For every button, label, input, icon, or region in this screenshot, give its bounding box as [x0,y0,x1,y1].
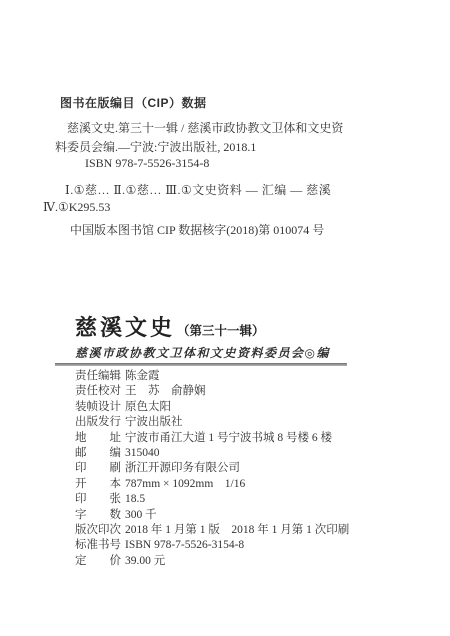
cip-entry-line2: 料委员会编.—宁波:宁波出版社, 2018.1 [55,138,395,157]
colophon-value: 宁波出版社 [125,415,183,430]
colophon-row: 责任编辑陈金霞 [75,369,349,384]
colophon-value: 陈金霞 [125,369,160,384]
colophon-label: 邮编 [75,446,121,461]
colophon-label: 地址 [75,431,121,446]
colophon-label: 出版发行 [75,415,121,430]
colophon-value: 300 千 [125,508,157,523]
title-line: 慈溪文史（第三十一辑） [75,311,265,342]
cip-entry-line1: 慈溪文史.第三十一辑 / 慈溪市政协教文卫体和文史资 [55,119,395,138]
colophon-value: 2018 年 1 月第 1 版 2018 年 1 月第 1 次印刷 [125,523,349,538]
colophon-value: 原色太阳 [125,400,171,415]
colophon-row: 责任校对王 苏 俞静娴 [75,384,349,399]
colophon-row: 邮编315040 [75,446,349,461]
colophon-value: 18.5 [125,492,145,507]
colophon-label: 定价 [75,554,121,569]
colophon-table: 责任编辑陈金霞责任校对王 苏 俞静娴装帧设计原色太阳出版发行宁波出版社地址宁波市… [75,369,349,569]
colophon-value: 787mm × 1092mm 1/16 [125,477,245,492]
colophon-row: 开本787mm × 1092mm 1/16 [75,477,349,492]
colophon-label: 印刷 [75,461,121,476]
colophon-label: 版次印次 [75,523,121,538]
cip-record-number: 中国版本图书馆 CIP 数据核字(2018)第 010074 号 [70,221,324,238]
colophon-value: 浙江开源印务有限公司 [125,461,240,476]
editor-line: 慈溪市政协教文卫体和文史资料委员会◎编 [75,344,330,361]
colophon-row: 出版发行宁波出版社 [75,415,349,430]
cip-classification-line1: Ⅰ.①慈… Ⅱ.①慈… Ⅲ.①文史资料 — 汇编 — 慈溪 [65,181,331,198]
colophon-value: 王 苏 俞静娴 [125,384,206,399]
colophon-value: 315040 [125,446,160,461]
cip-classification-line2: Ⅳ.①K295.53 [43,200,110,215]
colophon-row: 印刷浙江开源印务有限公司 [75,461,349,476]
colophon-label: 装帧设计 [75,400,121,415]
colophon-label: 标准书号 [75,538,121,553]
colophon-label: 印张 [75,492,121,507]
colophon-label: 责任编辑 [75,369,121,384]
colophon-row: 字数300 千 [75,508,349,523]
colophon-row: 定价39.00 元 [75,554,349,569]
colophon-value: 39.00 元 [125,554,165,569]
cip-isbn: ISBN 978-7-5526-3154-8 [85,156,209,171]
colophon-row: 印张18.5 [75,492,349,507]
horizontal-rule [55,363,347,366]
colophon-row: 标准书号ISBN 978-7-5526-3154-8 [75,538,349,553]
colophon-row: 地址宁波市甬江大道 1 号宁波书城 8 号楼 6 楼 [75,431,349,446]
colophon-row: 版次印次2018 年 1 月第 1 版 2018 年 1 月第 1 次印刷 [75,523,349,538]
cip-entry: 慈溪文史.第三十一辑 / 慈溪市政协教文卫体和文史资 料委员会编.—宁波:宁波出… [55,119,395,156]
colophon-label: 字数 [75,508,121,523]
cip-header: 图书在版编目（CIP）数据 [60,94,207,111]
colophon-value: ISBN 978-7-5526-3154-8 [125,538,244,553]
colophon-label: 开本 [75,477,121,492]
colophon-row: 装帧设计原色太阳 [75,400,349,415]
volume-note: （第三十一辑） [177,324,265,338]
colophon-label: 责任校对 [75,384,121,399]
book-title: 慈溪文史 [75,315,175,340]
colophon-value: 宁波市甬江大道 1 号宁波书城 8 号楼 6 楼 [125,431,332,446]
